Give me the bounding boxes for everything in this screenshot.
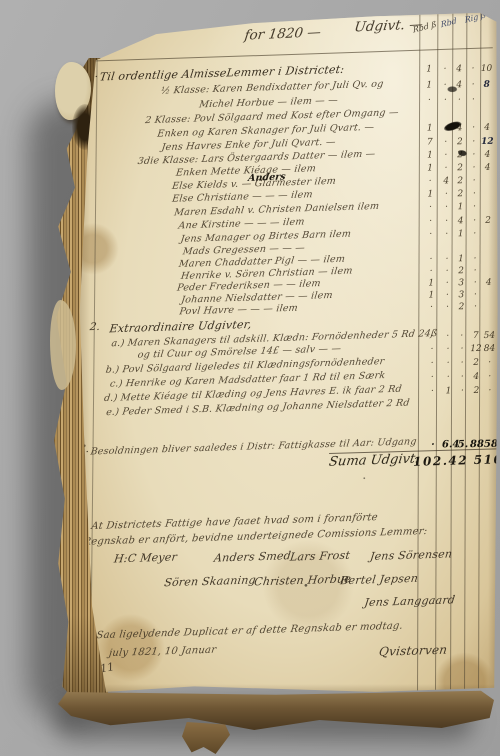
amount-cell: · (455, 344, 469, 356)
amount-cell: · (483, 358, 496, 370)
amount-cell (422, 242, 440, 254)
amount-cell: · (466, 64, 480, 76)
amount-cell (482, 290, 495, 302)
amount-cells (422, 242, 495, 255)
row-text: Jens Manager og Birtes Barn ilem (180, 229, 352, 245)
photo-background: for 1820 — Udgivt. — Rbd ß Rbd Rig ß 1. … (0, 0, 500, 756)
amount-cell: · (468, 266, 482, 278)
amount-cell (480, 109, 493, 121)
amount-cell: 12 (469, 344, 483, 356)
book-bottom-board (58, 690, 494, 730)
amount-cell: · (468, 216, 482, 228)
amount-cell: · (455, 358, 469, 370)
amount-cells: ···754 (423, 331, 496, 344)
amount-cell: · (467, 189, 481, 201)
amount-cell: 4 (454, 216, 468, 228)
amount-cell: 3 (454, 290, 468, 302)
amount-cell: · (467, 163, 481, 175)
amount-cell: 1 (422, 290, 440, 302)
amount-cell: · (468, 278, 482, 290)
amount-cell: · (422, 229, 440, 241)
amount-cell: 1 (421, 123, 439, 135)
amount-cell: · (422, 254, 440, 266)
amount-cell: · (468, 290, 482, 302)
amount-cell: 4 (452, 64, 466, 76)
amount-cell: · (440, 266, 454, 278)
amount-cell: 2 (469, 358, 483, 370)
amount-cell: 58 (484, 439, 497, 451)
amount-cell (481, 202, 494, 214)
amount-cell: · (441, 372, 455, 384)
amount-cell: · (423, 372, 441, 384)
amount-cell: · (440, 302, 454, 314)
amount-cells (424, 400, 497, 413)
amount-cells: ···4· (423, 372, 496, 385)
amount-cell (482, 266, 495, 278)
amount-cells: ··2· (422, 302, 495, 315)
amount-cell (438, 109, 452, 121)
amount-cell: · (441, 344, 455, 356)
page-title-year: for 1820 — (243, 24, 322, 43)
amount-cell (468, 242, 482, 254)
amount-cell (420, 109, 438, 121)
signature: Jens Sörensen (369, 547, 453, 563)
amount-cell: 4 (481, 123, 494, 135)
amount-cell: · (467, 150, 481, 162)
signature: H:C Meyer (113, 550, 178, 565)
amount-cell: 1 (422, 278, 440, 290)
amount-cell: 2 (454, 266, 468, 278)
amount-cell (481, 189, 494, 201)
amount-cell: · (466, 80, 480, 92)
amount-cell (470, 400, 484, 412)
amount-cell: 2 (454, 302, 468, 314)
row-text: ½ Klasse: Karen Bendixdatter for Juli Qv… (160, 79, 384, 97)
amount-cell: 1 (441, 386, 455, 398)
amount-cells: 7·2·12 (421, 137, 494, 150)
amount-cell: · (439, 150, 453, 162)
ink-speck (363, 477, 365, 479)
amount-cell: · (468, 229, 482, 241)
amount-cell: 1 (421, 189, 439, 201)
amount-cell: 3 (454, 278, 468, 290)
signature: Anders Smed (213, 549, 292, 564)
amount-cell (482, 229, 495, 241)
amount-cell: · (424, 439, 442, 451)
amount-cells: 1·2·4 (421, 163, 494, 176)
amount-cell: · (440, 254, 454, 266)
row-text: Ane Kirstine — — — ilem (178, 216, 305, 231)
amount-cell: 1 (454, 254, 468, 266)
amount-cells: ·42· (421, 176, 494, 189)
amount-cell (480, 95, 493, 107)
amount-cell: · (421, 176, 439, 188)
amount-cell: · (440, 216, 454, 228)
amount-cell: 1 (420, 64, 438, 76)
amount-cell: · (440, 229, 454, 241)
amount-cell: · (455, 386, 469, 398)
amount-cell (456, 400, 470, 412)
amount-cell: · (441, 358, 455, 370)
closing-date: july 1821, 10 Januar (108, 645, 217, 659)
sum-label: Suma Udgivt: (328, 451, 421, 469)
amount-cell: 1 (453, 202, 467, 214)
amount-cell: · (468, 254, 482, 266)
row-text: Else Christiane — — — ilem (171, 189, 313, 204)
amount-cell (482, 302, 495, 314)
amount-cells: ···2· (423, 358, 496, 371)
amount-cell: 1 (420, 80, 438, 92)
amount-cell: · (439, 202, 453, 214)
amount-cell: 1 (421, 150, 439, 162)
amount-cells: ··1· (422, 229, 495, 242)
amount-cell: 4 (481, 163, 494, 175)
amount-cell: · (452, 95, 466, 107)
amount-cell: · (423, 331, 441, 343)
amount-cells: 1·3·4 (422, 278, 495, 291)
amount-cell: 2 (453, 176, 467, 188)
amount-cell: · (467, 202, 481, 214)
amount-cell: 4 (469, 372, 483, 384)
amount-cell: 4 (439, 176, 453, 188)
amount-cell (440, 242, 454, 254)
amount-cell: · (422, 302, 440, 314)
page-content: for 1820 — Udgivt. — Rbd ß Rbd Rig ß 1. … (72, 6, 500, 698)
amount-cell: · (439, 137, 453, 149)
ink-speck (304, 584, 307, 587)
amount-cells: 1·4·8 (420, 80, 493, 93)
amount-cell: 84 (483, 344, 496, 356)
amount-cell (466, 109, 480, 121)
signature: Christen Horbue (253, 572, 351, 588)
amount-cell: · (441, 331, 455, 343)
amount-cells: 1·4·10 (420, 64, 493, 77)
amount-cell (454, 242, 468, 254)
amount-cell: · (423, 386, 441, 398)
amount-cell: · (420, 95, 438, 107)
book-board-chip (182, 722, 230, 754)
amount-cell: · (455, 331, 469, 343)
amount-cell: 2 (453, 163, 467, 175)
amount-cell: · (438, 64, 452, 76)
amount-cell: · (483, 386, 496, 398)
ledger-page: for 1820 — Udgivt. — Rbd ß Rbd Rig ß 1. … (76, 8, 498, 696)
amount-cell: 1 (421, 163, 439, 175)
amount-cell: 2 (453, 137, 467, 149)
amount-cell: 6.4 (442, 439, 456, 451)
amount-cells: ··1· (421, 202, 494, 215)
amount-cell (452, 109, 466, 121)
amount-cell: 2 (482, 216, 495, 228)
margin-number: 2. (89, 321, 101, 333)
amount-cell: 2 (453, 189, 467, 201)
amount-cell: · (467, 176, 481, 188)
sum-value: 102.42 5165 4. (413, 451, 500, 468)
amount-cell: · (455, 372, 469, 384)
amount-cell: · (468, 302, 482, 314)
amount-cells (420, 109, 493, 122)
amount-cell: 2 (469, 386, 483, 398)
amount-cell (484, 400, 497, 412)
closing-text: Saa ligelydende Duplicat er af dette Reg… (96, 621, 404, 642)
amount-cell: · (439, 189, 453, 201)
amount-cell: · (421, 202, 439, 214)
amount-cell: 10 (480, 64, 493, 76)
amount-cells: ··4·2 (422, 216, 495, 229)
amount-cell: 4 (481, 150, 494, 162)
amount-cell: · (423, 344, 441, 356)
amount-cell: 88 (470, 439, 484, 451)
signature: Lars Frost (289, 549, 351, 564)
amount-cell: · (467, 137, 481, 149)
amount-cell: 1 (454, 229, 468, 241)
amount-cell: 12 (481, 137, 494, 149)
closing-signature: Qvistorven (378, 643, 448, 659)
signature: Jens Langgaard (364, 593, 456, 609)
amount-cell: · (466, 95, 480, 107)
amount-cell: 8 (480, 80, 493, 92)
amount-cell: 5. (456, 439, 470, 451)
amount-cell: · (423, 358, 441, 370)
amount-cell: · (439, 163, 453, 175)
amount-cell: · (438, 95, 452, 107)
row-text: Michel Horbue — ilem — — (198, 95, 338, 110)
row-text: Povl Havre — — — ilem (179, 303, 299, 318)
amount-cell: · (422, 266, 440, 278)
amount-cell (482, 254, 495, 266)
amount-cell: 7 (421, 137, 439, 149)
amount-cell (442, 400, 456, 412)
amount-cell (482, 242, 495, 254)
signature: Sören Skaaning (163, 573, 256, 589)
amount-cells: ···1284 (423, 344, 496, 357)
amount-cell: · (440, 290, 454, 302)
amount-cells: ···· (420, 95, 493, 108)
amount-cells: ··1· (422, 254, 495, 267)
amount-cells: ·6.45.8858 (424, 439, 497, 452)
amount-cell: 54 (483, 331, 496, 343)
inserted-name: Anders (247, 171, 286, 184)
amount-cell (481, 176, 494, 188)
amount-cell: · (422, 216, 440, 228)
amount-cell (424, 400, 442, 412)
amount-cell: · (440, 278, 454, 290)
amount-cells: ·1·2· (423, 386, 496, 399)
signature: Bertel Jepsen (339, 572, 418, 587)
amount-cells: ··2· (422, 266, 495, 279)
amount-cell: · (483, 372, 496, 384)
amount-cell: 4 (482, 278, 495, 290)
amount-cell: · (467, 123, 481, 135)
amount-cells: 1·3· (422, 290, 495, 303)
amount-cells: 1·2· (421, 189, 494, 202)
amount-cell: 7 (469, 331, 483, 343)
